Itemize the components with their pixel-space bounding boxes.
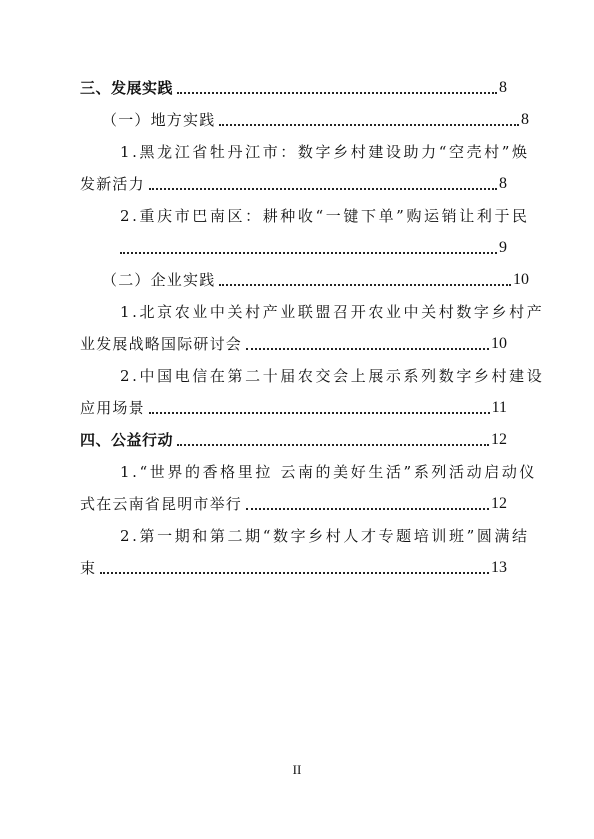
toc-entry-title: 三、发展实践 — [80, 78, 173, 98]
toc-entry-title: 发新活力 — [80, 174, 145, 194]
toc-entry-enterprise-practice[interactable]: （二）企业实践 10 — [80, 266, 529, 290]
toc-page-number: 11 — [492, 398, 507, 418]
toc-entry-line[interactable]: 1.“世界的香格里拉 云南的美好生活”系列活动启动仪 — [80, 458, 547, 482]
leader-dots — [177, 82, 497, 94]
toc-entry-china-telecom[interactable]: 应用场景 11 — [80, 394, 507, 418]
leader-dots — [177, 434, 489, 446]
toc-entry-local-practice[interactable]: （一）地方实践 8 — [80, 106, 529, 130]
toc-page-number: 9 — [499, 238, 507, 258]
page-number: II — [0, 762, 594, 778]
toc-entry-yunnan[interactable]: 式在云南省昆明市举行 12 — [80, 490, 507, 514]
toc-entry-beijing[interactable]: 业发展战略国际研讨会 10 — [80, 330, 507, 354]
leader-dots — [149, 402, 490, 414]
toc-page-number: 8 — [499, 174, 507, 194]
toc-page-number: 8 — [521, 110, 529, 130]
toc-entry-title: 2.中国电信在第二十届农交会上展示系列数字乡村建设 — [120, 366, 544, 386]
toc-entry-line[interactable]: 2.第一期和第二期“数字乡村人才专题培训班”圆满结 — [80, 522, 547, 546]
leader-dots — [246, 498, 489, 510]
toc-page-number: 8 — [499, 78, 507, 98]
toc-entry-section-4[interactable]: 四、公益行动 12 — [80, 426, 507, 450]
toc-entry-title: 四、公益行动 — [80, 430, 173, 450]
toc-entry-line[interactable]: 2.重庆市巴南区：耕种收“一键下单”购运销让利于民 — [80, 202, 547, 226]
toc-entry-title: 业发展战略国际研讨会 — [80, 334, 242, 354]
toc-page-number: 12 — [491, 494, 507, 514]
toc-entry-title: 式在云南省昆明市举行 — [80, 494, 242, 514]
leader-dots — [100, 562, 489, 574]
toc-entry-title: （一）地方实践 — [102, 110, 215, 130]
toc-page-number: 10 — [491, 334, 507, 354]
leader-dots — [246, 338, 489, 350]
toc-entry-title: 应用场景 — [80, 398, 145, 418]
toc-page-number: 13 — [491, 558, 507, 578]
toc-entry-line[interactable]: 2.中国电信在第二十届农交会上展示系列数字乡村建设 — [80, 362, 547, 386]
toc-entry-title: 2.重庆市巴南区：耕种收“一键下单”购运销让利于民 — [120, 206, 530, 226]
leader-dots — [120, 242, 497, 254]
toc-entry-chongqing[interactable]: 9 — [80, 234, 507, 258]
toc-page-number: 12 — [491, 430, 507, 450]
toc-entry-line[interactable]: 1.黑龙江省牡丹江市：数字乡村建设助力“空壳村”焕 — [80, 138, 547, 162]
toc-entry-title: 1.“世界的香格里拉 云南的美好生活”系列活动启动仪 — [120, 462, 537, 482]
toc-entry-title: （二）企业实践 — [102, 270, 215, 290]
toc-entry-title: 1.北京农业中关村产业联盟召开农业中关村数字乡村产 — [120, 302, 544, 322]
toc-page-number: 10 — [513, 270, 529, 290]
toc-entry-title: 1.黑龙江省牡丹江市：数字乡村建设助力“空壳村”焕 — [120, 142, 530, 162]
toc-entry-section-3[interactable]: 三、发展实践 8 — [80, 74, 507, 98]
leader-dots — [219, 114, 519, 126]
toc-entry-title: 2.第一期和第二期“数字乡村人才专题培训班”圆满结 — [120, 526, 530, 546]
toc-entry-line[interactable]: 1.北京农业中关村产业联盟召开农业中关村数字乡村产 — [80, 298, 547, 322]
leader-dots — [149, 178, 497, 190]
toc-entry-heilongjiang[interactable]: 发新活力 8 — [80, 170, 507, 194]
toc-entry-training[interactable]: 束 13 — [80, 554, 507, 578]
leader-dots — [219, 274, 511, 286]
toc-entry-title: 束 — [80, 558, 96, 578]
